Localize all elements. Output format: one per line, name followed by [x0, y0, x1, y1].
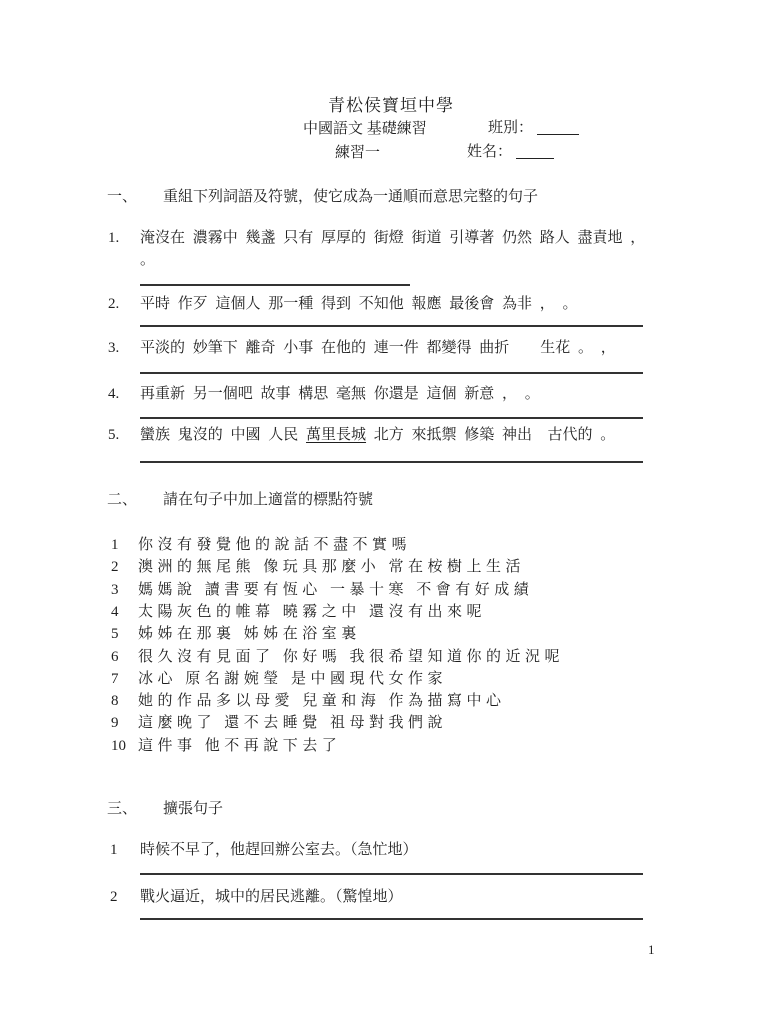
item-text: 這麼晚了 還不去睡覺 祖母對我們說 — [138, 715, 447, 732]
section-title: 擴張句子 — [163, 801, 223, 818]
item-number: 1 — [111, 537, 138, 554]
item-text-pre: 蠻族 鬼沒的 中國 人民 — [140, 427, 306, 443]
punctuation-item: 8 她的作品多以母愛 兒童和海 作為描寫中心 — [111, 693, 506, 710]
answer-line — [140, 873, 643, 875]
item-text: 姊姊在那裏 姊姊在浴室裏 — [138, 626, 361, 643]
item-number: 5. — [108, 427, 140, 444]
expansion-item: 2 戰火逼近，城中的居民逃離。（驚惶地） — [110, 889, 403, 906]
punctuation-item: 1 你沒有發覺他的說話不盡不實嗎 — [111, 537, 411, 554]
item-number: 3. — [108, 340, 140, 357]
exercise-item: 3. 平淡的 妙筆下 離奇 小事 在他的 連一件 都變得 曲折 生花 。 ， — [108, 340, 668, 357]
punctuation-item: 6 很久沒有見面了 你好嗎 我很希望知道你的近況呢 — [111, 649, 564, 666]
answer-line — [140, 284, 410, 286]
answer-line — [140, 372, 643, 374]
answer-line — [140, 461, 643, 463]
exercise-item: 1. 淹沒在 濃霧中 幾盞 只有 厚厚的 街燈 街道 引導著 仍然 路人 盡責地… — [108, 230, 668, 247]
answer-line — [140, 325, 643, 327]
punctuation-item: 7 冰心 原名謝婉瑩 是中國現代女作家 — [111, 671, 447, 688]
item-text-continued: 。 — [140, 252, 155, 269]
punctuation-item: 5 姊姊在那裏 姊姊在浴室裏 — [111, 626, 361, 643]
item-text: 你沒有發覺他的說話不盡不實嗎 — [138, 537, 411, 554]
worksheet-page: 青松侯寶垣中學 中國語文 基礎練習 班別： 練習一 姓名： 一、 重組下列詞語及… — [0, 0, 768, 1024]
school-title: 青松侯寶垣中學 — [328, 96, 454, 116]
item-text: 再重新 另一個吧 故事 構思 毫無 你還是 這個 新意 ， 。 — [140, 386, 540, 403]
item-text: 平淡的 妙筆下 離奇 小事 在他的 連一件 都變得 曲折 生花 。 ， — [140, 340, 616, 357]
section-title: 請在句子中加上適當的標點符號 — [163, 492, 373, 509]
item-number: 9 — [111, 715, 138, 732]
item-text: 冰心 原名謝婉瑩 是中國現代女作家 — [138, 671, 447, 688]
item-number: 2. — [108, 296, 140, 313]
punctuation-item: 2 澳洲的無尾熊 像玩具那麼小 常在桉樹上生活 — [111, 559, 525, 576]
punctuation-item: 3 媽媽說 讀書要有恆心 一暴十寒 不會有好成績 — [111, 582, 533, 599]
subject-title: 中國語文 基礎練習 — [303, 121, 427, 138]
name-field-label: 姓名： — [467, 144, 512, 161]
item-number: 5 — [111, 626, 138, 643]
class-field-label: 班別： — [488, 120, 533, 137]
item-number: 10 — [111, 738, 138, 755]
exercise-item: 2. 平時 作歹 這個人 那一種 得到 不知他 報應 最後會 為非 ， 。 — [108, 296, 668, 313]
item-number: 2 — [110, 889, 140, 906]
item-text: 淹沒在 濃霧中 幾盞 只有 厚厚的 街燈 街道 引導著 仍然 路人 盡責地 ， — [140, 230, 645, 247]
page-number: 1 — [648, 943, 655, 958]
section-number: 三、 — [107, 801, 163, 818]
section-three-heading: 三、 擴張句子 — [107, 801, 223, 818]
item-text: 平時 作歹 這個人 那一種 得到 不知他 報應 最後會 為非 ， 。 — [140, 296, 578, 313]
item-number: 1. — [108, 230, 140, 247]
item-number: 3 — [111, 582, 138, 599]
item-number: 1 — [110, 842, 140, 859]
item-text: 很久沒有見面了 你好嗎 我很希望知道你的近況呢 — [138, 649, 564, 666]
item-number: 8 — [111, 693, 138, 710]
punctuation-item: 4 太陽灰色的帷幕 曉霧之中 還沒有出來呢 — [111, 604, 486, 621]
item-text: 蠻族 鬼沒的 中國 人民 萬里長城 北方 來抵禦 修築 神出 古代的 。 — [140, 427, 615, 444]
name-field-line — [516, 158, 554, 159]
item-text: 這件事 他不再說下去了 — [138, 738, 341, 755]
exercise-item: 5. 蠻族 鬼沒的 中國 人民 萬里長城 北方 來抵禦 修築 神出 古代的 。 — [108, 427, 668, 444]
item-text: 她的作品多以母愛 兒童和海 作為描寫中心 — [138, 693, 506, 710]
exercise-item: 4. 再重新 另一個吧 故事 構思 毫無 你還是 這個 新意 ， 。 — [108, 386, 668, 403]
section-number: 二、 — [107, 492, 163, 509]
item-text: 太陽灰色的帷幕 曉霧之中 還沒有出來呢 — [138, 604, 486, 621]
punctuation-item: 10 這件事 他不再說下去了 — [111, 738, 341, 755]
item-text: 澳洲的無尾熊 像玩具那麼小 常在桉樹上生活 — [138, 559, 525, 576]
item-text: 時候不早了，他趕回辦公室去。（急忙地） — [140, 842, 418, 859]
item-number: 4 — [111, 604, 138, 621]
item-number: 2 — [111, 559, 138, 576]
section-one-heading: 一、 重組下列詞語及符號，使它成為一通順而意思完整的句子 — [107, 189, 538, 206]
expansion-item: 1 時候不早了，他趕回辦公室去。（急忙地） — [110, 842, 418, 859]
section-number: 一、 — [107, 189, 163, 206]
section-title: 重組下列詞語及符號，使它成為一通順而意思完整的句子 — [163, 189, 538, 206]
item-text-underlined: 萬里長城 — [306, 427, 366, 443]
item-text: 戰火逼近，城中的居民逃離。（驚惶地） — [140, 889, 403, 906]
class-field-line — [537, 134, 579, 135]
answer-line — [140, 417, 643, 419]
item-number: 7 — [111, 671, 138, 688]
answer-line — [140, 918, 643, 920]
exercise-title: 練習一 — [335, 145, 380, 162]
item-number: 6 — [111, 649, 138, 666]
item-number: 4. — [108, 386, 140, 403]
item-text: 媽媽說 讀書要有恆心 一暴十寒 不會有好成績 — [138, 582, 533, 599]
punctuation-item: 9 這麼晚了 還不去睡覺 祖母對我們說 — [111, 715, 447, 732]
item-text-post: 北方 來抵禦 修築 神出 古代的 。 — [366, 427, 615, 443]
section-two-heading: 二、 請在句子中加上適當的標點符號 — [107, 492, 373, 509]
